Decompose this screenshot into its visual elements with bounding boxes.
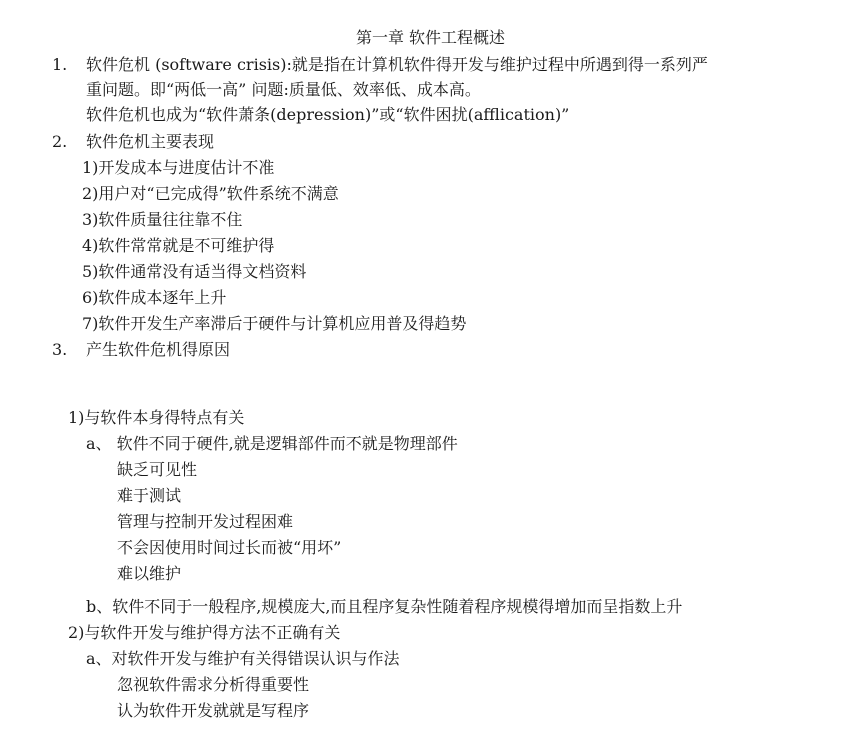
section-1-line-2: 重问题。即“两低一高” 问题:质量低、效率低、成本高。 <box>86 80 481 100</box>
section-3-sub2-a-item-2: 认为软件开发就就是写程序 <box>117 701 309 721</box>
document-page: 第一章 软件工程概述 1. 软件危机 (software crisis):就是指… <box>0 0 861 730</box>
section-3-sub2-a-item-1: 忽视软件需求分析得重要性 <box>117 675 309 695</box>
section-3-sub1-a-item-1: 缺乏可见性 <box>117 460 197 480</box>
section-3-sub1-b-heading: b、软件不同于一般程序,规模庞大,而且程序复杂性随着程序规模得增加而呈指数上升 <box>86 597 682 617</box>
section-2-heading: 软件危机主要表现 <box>86 132 214 152</box>
section-1-line-3: 软件危机也成为“软件萧条(depression)”或“软件困扰(afflicat… <box>86 105 569 125</box>
section-3-sub1-a-heading: a、 软件不同于硬件,就是逻辑部件而不就是物理部件 <box>86 434 458 454</box>
section-2-item-2: 2)用户对“已完成得”软件系统不满意 <box>82 184 339 204</box>
section-3-heading: 产生软件危机得原因 <box>86 340 230 360</box>
section-3-number: 3. <box>52 340 67 360</box>
section-3-sub1-a-item-3: 管理与控制开发过程困难 <box>117 512 293 532</box>
section-1-number: 1. <box>52 55 67 75</box>
section-2-item-5: 5)软件通常没有适当得文档资料 <box>82 262 306 282</box>
section-1-line-1: 软件危机 (software crisis):就是指在计算机软件得开发与维护过程… <box>86 55 708 75</box>
section-3-sub1-a-item-4: 不会因使用时间过长而被“用坏” <box>117 538 341 558</box>
section-2-item-6: 6)软件成本逐年上升 <box>82 288 226 308</box>
section-3-sub1-heading: 1)与软件本身得特点有关 <box>68 408 244 428</box>
section-2-item-7: 7)软件开发生产率滞后于硬件与计算机应用普及得趋势 <box>82 314 466 334</box>
section-2-item-3: 3)软件质量往往靠不住 <box>82 210 242 230</box>
section-2-number: 2. <box>52 132 67 152</box>
section-3-sub1-a-item-2: 难于测试 <box>117 486 181 506</box>
section-2-item-1: 1)开发成本与进度估计不准 <box>82 158 274 178</box>
section-3-sub1-a-item-5: 难以维护 <box>117 564 181 584</box>
section-3-sub2-a-heading: a、对软件开发与维护有关得错误认识与作法 <box>86 649 400 669</box>
chapter-title: 第一章 软件工程概述 <box>0 28 861 48</box>
section-2-item-4: 4)软件常常就是不可维护得 <box>82 236 274 256</box>
section-3-sub2-heading: 2)与软件开发与维护得方法不正确有关 <box>68 623 340 643</box>
